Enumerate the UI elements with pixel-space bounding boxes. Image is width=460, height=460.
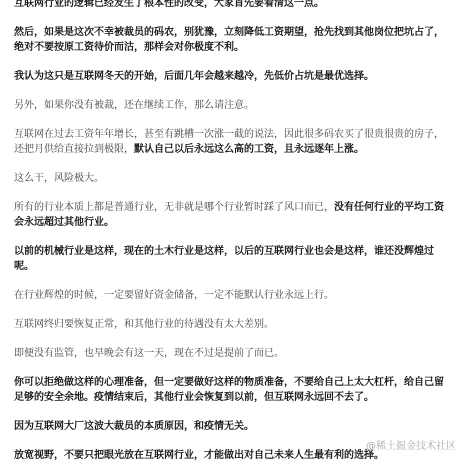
article-page: 互联网行业的逻辑已经发生了根本性的改变，大家首先要看清这一点。 然后，如果是这次… (0, 0, 460, 460)
paragraph: 以前的机械行业是这样，现在的土木行业是这样，以后的互联网行业也会是这样，谁还没辉… (14, 244, 448, 274)
paragraph-text: 以前的机械行业是这样，现在的土木行业是这样，以后的互联网行业也会是这样，谁还没辉… (14, 246, 434, 272)
paragraph: 互联网在过去工资年年增长，甚至有跳槽一次涨一截的说法，因此很多码农买了很贵很贵的… (14, 127, 448, 157)
paragraph-text: 互联网终归要恢复正常，和其他行业的待遇没有太大差别。 (14, 319, 274, 330)
paragraph-text: 互联网行业的逻辑已经发生了根本性的改变，大家首先要看清这一点。 (14, 0, 324, 9)
paragraph-text: 放宽视野，不要只把眼光放在互联网行业，才能做出对自己未来人生最有利的选择。 (14, 450, 384, 460)
watermark: @稀土掘金技术社区 (366, 441, 456, 453)
paragraph: 因为互联网大厂这波大裁员的本质原因，和疫情无关。 (14, 419, 448, 434)
paragraph: 你可以拒绝做这样的心理准备，但一定要做好这样的物质准备，不要给自己上太大杠杆，给… (14, 375, 448, 405)
paragraph: 即便没有监管，也早晚会有这一天，现在不过是提前了而已。 (14, 346, 448, 361)
paragraph: 互联网行业的逻辑已经发生了根本性的改变，大家首先要看清这一点。 (14, 0, 448, 11)
paragraph-text: 然后，如果是这次不幸被裁员的码农，别犹豫，立刻降低工资期望，抢先找到其他岗位把坑… (14, 27, 444, 53)
article-body: 互联网行业的逻辑已经发生了根本性的改变，大家首先要看清这一点。 然后，如果是这次… (14, 0, 448, 460)
paragraph-text: 因为互联网大厂这波大裁员的本质原因，和疫情无关。 (14, 421, 254, 432)
paragraph-text: 另外，如果你没有被裁，还在继续工作，那么请注意。 (14, 100, 254, 111)
paragraph-text: 在行业辉煌的时候，一定要留好资金储备，一定不能默认行业永远上行。 (14, 290, 334, 301)
paragraph-text: 我认为这只是互联网冬天的开始，后面几年会越来越冷，先低价占坑是最优选择。 (14, 71, 374, 82)
paragraph: 在行业辉煌的时候，一定要留好资金储备，一定不能默认行业永远上行。 (14, 288, 448, 303)
paragraph: 然后，如果是这次不幸被裁员的码农，别犹豫，立刻降低工资期望，抢先找到其他岗位把坑… (14, 25, 448, 55)
paragraph-text: 你可以拒绝做这样的心理准备，但一定要做好这样的物质准备，不要给自己上太大杠杆，给… (14, 377, 444, 403)
paragraph: 我认为这只是互联网冬天的开始，后面几年会越来越冷，先低价占坑是最优选择。 (14, 69, 448, 84)
paragraph: 另外，如果你没有被裁，还在继续工作，那么请注意。 (14, 98, 448, 113)
paragraph-text: 这么干，风险极大。 (14, 173, 104, 184)
paragraph-bold-text: 默认自己以后永远这么高的工资，且永远逐年上涨。 (134, 144, 364, 155)
paragraph: 互联网终归要恢复正常，和其他行业的待遇没有太大差别。 (14, 317, 448, 332)
paragraph: 这么干，风险极大。 (14, 171, 448, 186)
paragraph-text: 所有的行业本质上都是普通行业，无非就是哪个行业暂时踩了风口而已， (14, 202, 334, 213)
paragraph-text: 即便没有监管，也早晚会有这一天，现在不过是提前了而已。 (14, 348, 284, 359)
paragraph: 所有的行业本质上都是普通行业，无非就是哪个行业暂时踩了风口而已，没有任何行业的平… (14, 200, 448, 230)
